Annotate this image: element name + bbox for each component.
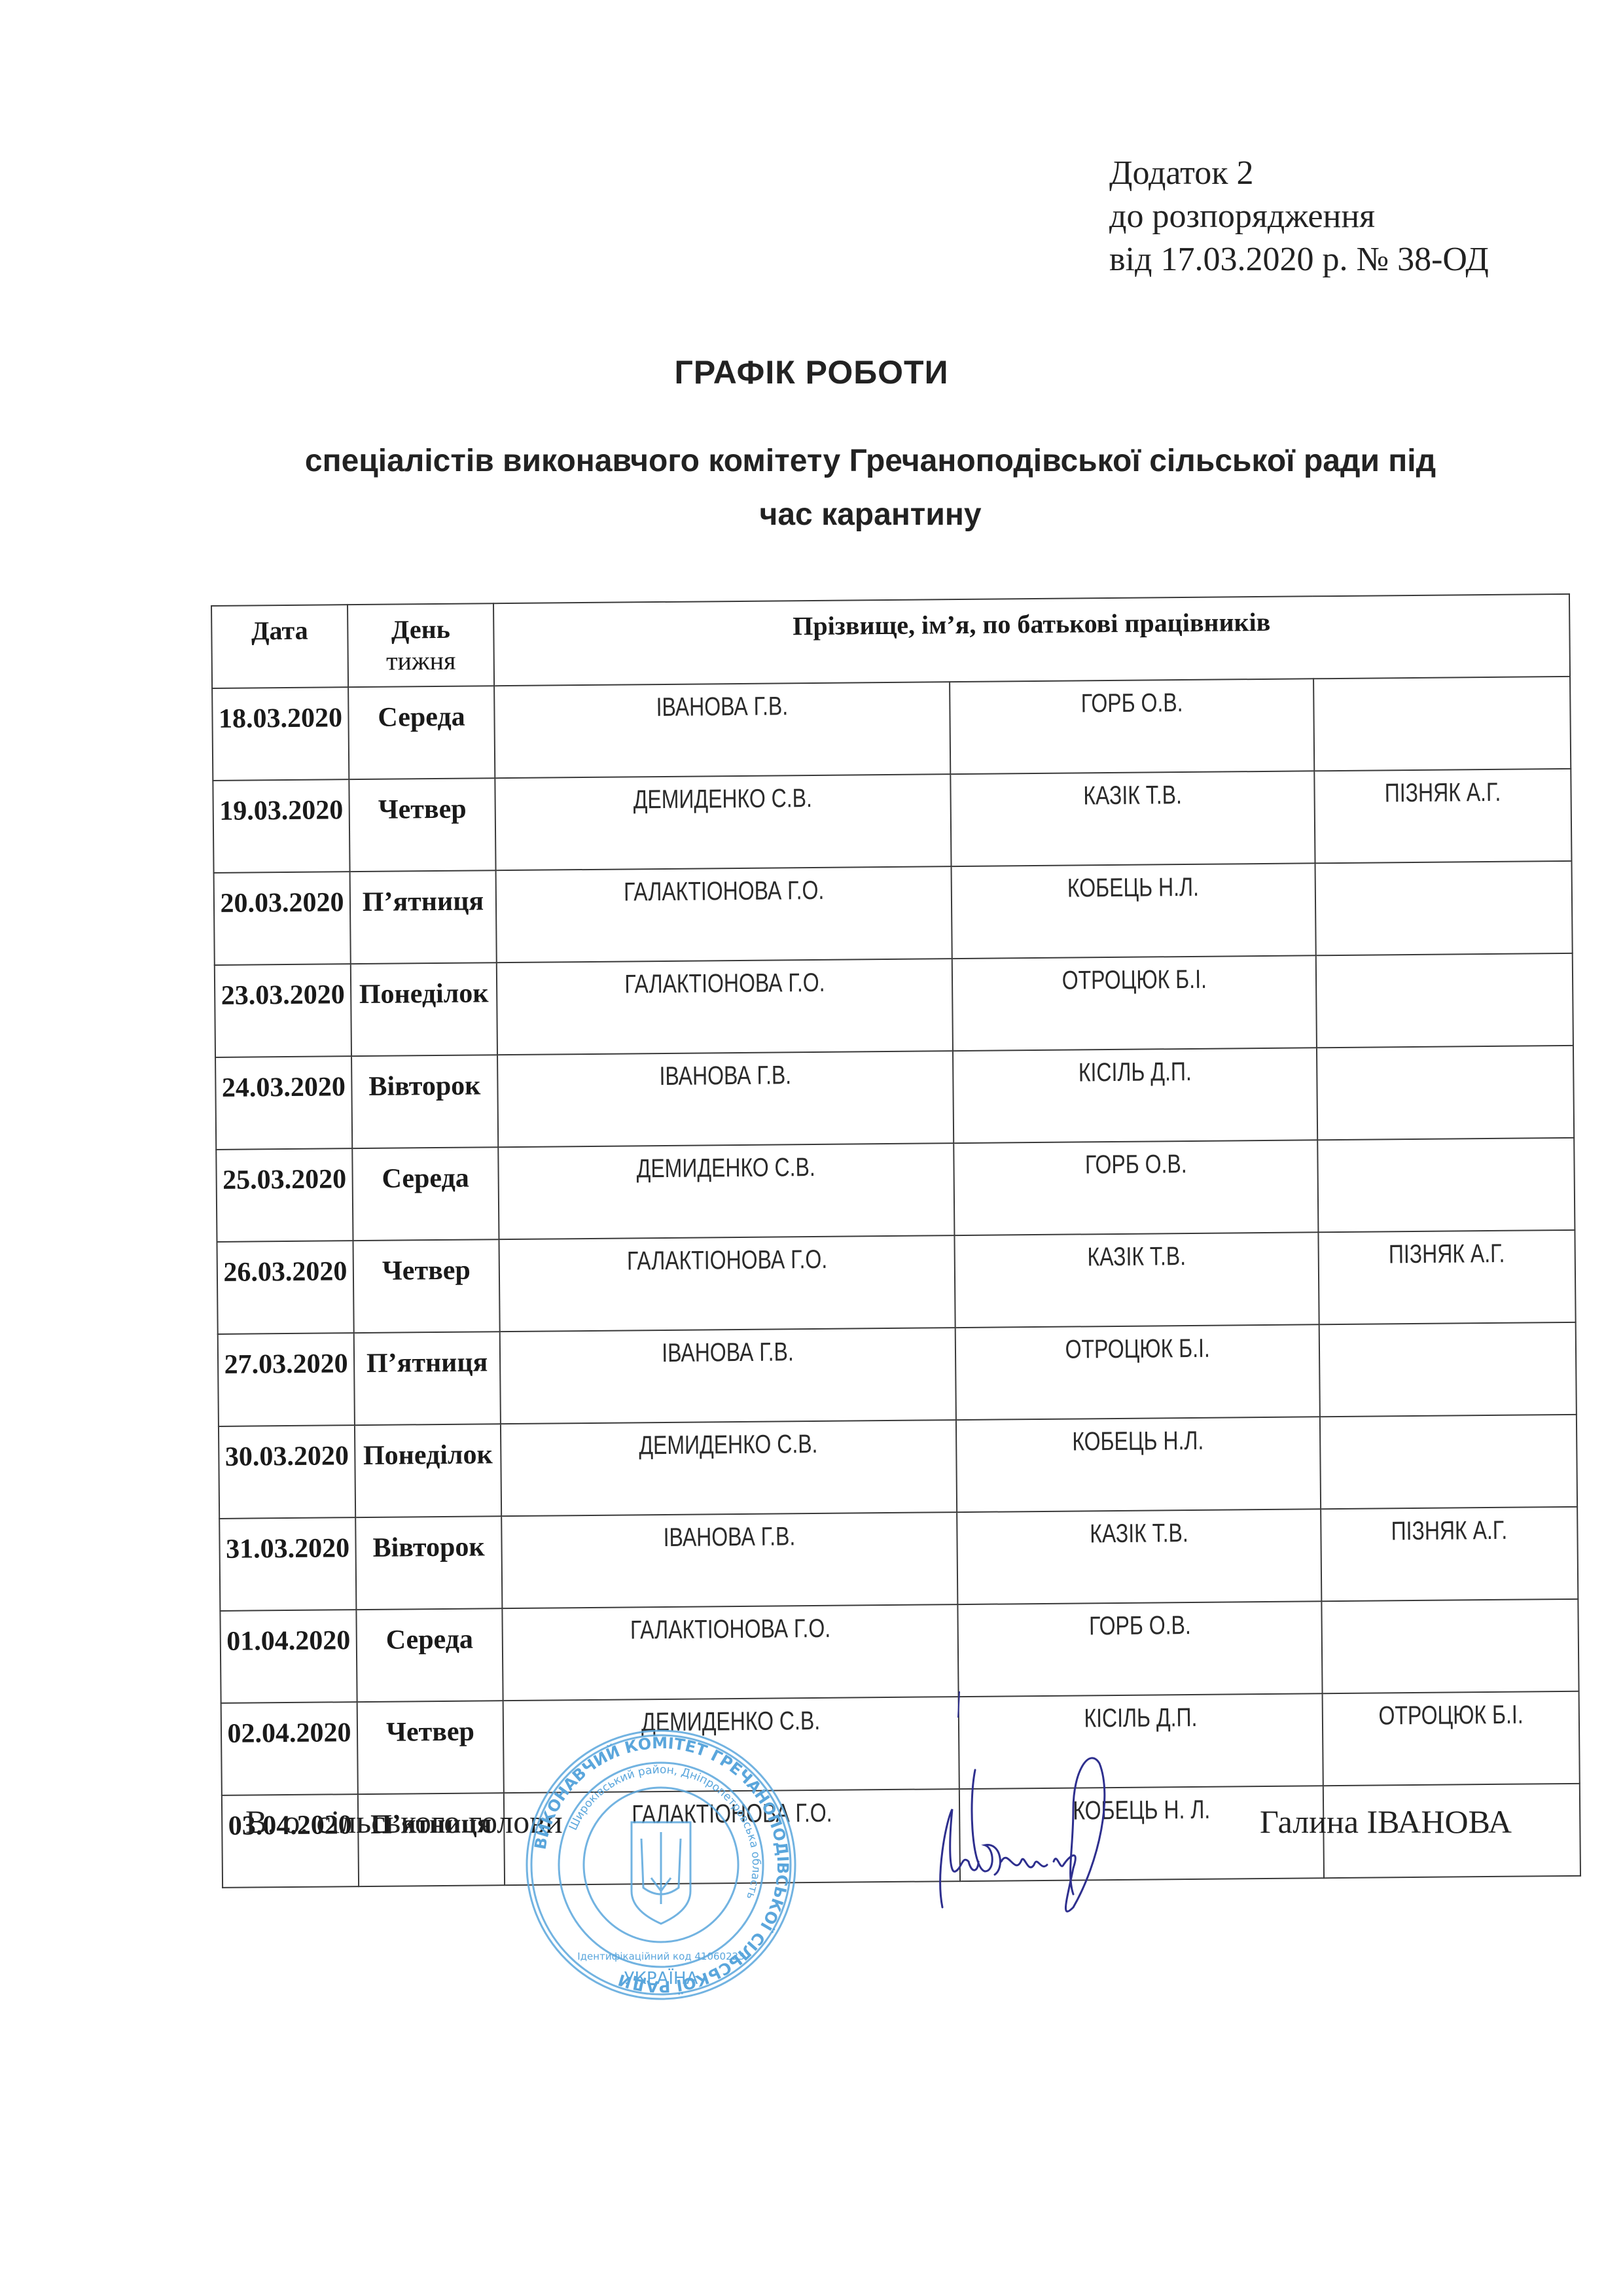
table-row: 30.03.2020ПонеділокДЕМИДЕНКО С.В.КОБЕЦЬ …	[219, 1415, 1577, 1519]
subtitle-line-1: спеціалістів виконавчого комітету Гречан…	[236, 434, 1505, 488]
cell-employee-1: ГАЛАКТІОНОВА Г.О.	[502, 1604, 958, 1701]
cell-employee-3: ПІЗНЯК А.Г.	[1318, 1230, 1575, 1324]
work-schedule-table: Дата День тижня Прізвище, ім’я, по батьк…	[211, 593, 1581, 1888]
cell-date: 30.03.2020	[219, 1425, 355, 1519]
employee-name: ОТРОЦЮК Б.І.	[1378, 1701, 1524, 1731]
cell-employee-1: ІВАНОВА Г.В.	[501, 1512, 957, 1608]
cell-employee-3	[1313, 677, 1571, 771]
subtitle-line-2: час карантину	[236, 488, 1505, 542]
cell-weekday: Четвер	[349, 778, 495, 872]
header-day: День тижня	[348, 603, 494, 687]
table-row: 31.03.2020ВівторокІВАНОВА Г.В.КАЗІК Т.В.…	[219, 1507, 1578, 1611]
cell-date: 26.03.2020	[217, 1241, 353, 1334]
cell-employee-2: КОБЕЦЬ Н.Л.	[952, 863, 1316, 959]
employee-name: ДЕМИДЕНКО С.В.	[639, 1430, 817, 1460]
cell-employee-1: ГАЛАКТІОНОВА Г.О.	[497, 959, 953, 1055]
cell-employee-3	[1321, 1599, 1578, 1693]
employee-name: КОБЕЦЬ Н.Л.	[1067, 873, 1199, 904]
official-stamp: ВИКОНАВЧИЙ КОМІТЕТ ГРЕЧАНОПОДІВСЬКОЇ СІЛ…	[524, 1727, 798, 2002]
appendix-reference: Додаток 2 до розпорядження від 17.03.202…	[1109, 152, 1489, 281]
employee-name: ГОРБ О.В.	[1084, 1150, 1186, 1180]
table-row: 26.03.2020ЧетверГАЛАКТІОНОВА Г.О.КАЗІК Т…	[217, 1230, 1575, 1334]
employee-name: ДЕМИДЕНКО С.В.	[633, 784, 812, 815]
employee-name: ІВАНОВА Г.В.	[663, 1522, 795, 1553]
employee-name: ГАЛАКТІОНОВА Г.О.	[630, 1614, 830, 1646]
cell-weekday: Четвер	[353, 1239, 499, 1333]
employee-name: ГАЛАКТІОНОВА Г.О.	[624, 876, 825, 908]
cell-employee-1: ДЕМИДЕНКО С.В.	[498, 1143, 954, 1239]
svg-text:УКРАЇНА: УКРАЇНА	[624, 1968, 698, 1988]
pen-mark	[957, 1691, 961, 1718]
document-subtitle: спеціалістів виконавчого комітету Гречан…	[236, 434, 1505, 542]
cell-date: 24.03.2020	[215, 1056, 352, 1150]
table-row: 25.03.2020СередаДЕМИДЕНКО С.В.ГОРБ О.В.	[216, 1138, 1575, 1242]
table-row: 23.03.2020ПонеділокГАЛАКТІОНОВА Г.О.ОТРО…	[215, 953, 1573, 1057]
cell-date: 01.04.2020	[220, 1610, 357, 1703]
employee-name: ПІЗНЯК А.Г.	[1385, 778, 1501, 809]
cell-weekday: Вівторок	[351, 1055, 498, 1148]
table-body: 18.03.2020СередаІВАНОВА Г.В.ГОРБ О.В.19.…	[212, 677, 1580, 1888]
cell-date: 02.04.2020	[221, 1702, 358, 1795]
cell-employee-2: ОТРОЦЮК Б.І.	[955, 1324, 1320, 1420]
employee-name: ПІЗНЯК А.Г.	[1391, 1516, 1507, 1547]
cell-date: 25.03.2020	[216, 1148, 353, 1242]
cell-employee-2: КІСІЛЬ Д.П.	[953, 1048, 1317, 1143]
employee-name: КІСІЛЬ Д.П.	[1084, 1703, 1197, 1734]
employee-name: КАЗІК Т.В.	[1090, 1519, 1188, 1549]
cell-employee-2: ГОРБ О.В.	[957, 1601, 1322, 1697]
employee-name: КІСІЛЬ Д.П.	[1079, 1057, 1192, 1088]
cell-employee-3	[1315, 861, 1573, 955]
cell-employee-1: ІВАНОВА Г.В.	[494, 682, 950, 778]
cell-employee-3	[1319, 1322, 1577, 1417]
cell-employee-1: ГАЛАКТІОНОВА Г.О.	[499, 1235, 955, 1332]
cell-employee-3	[1316, 953, 1573, 1048]
cell-employee-2: КАЗІК Т.В.	[954, 1232, 1319, 1328]
table-header-row: Дата День тижня Прізвище, ім’я, по батьк…	[211, 594, 1570, 688]
employee-name: ГАЛАКТІОНОВА Г.О.	[626, 1245, 827, 1277]
handwritten-signature	[923, 1744, 1158, 1914]
cell-weekday: Вівторок	[355, 1516, 502, 1610]
svg-text:Широківський район, Дніпропетр: Широківський район, Дніпропетровська обл…	[567, 1763, 762, 1901]
employee-name: ГОРБ О.В.	[1089, 1611, 1191, 1641]
employee-name: КАЗІК Т.В.	[1083, 781, 1182, 811]
cell-weekday: Понеділок	[351, 963, 497, 1056]
svg-text:Ідентифікаційний код 41060223: Ідентифікаційний код 41060223	[577, 1951, 744, 1962]
header-employees: Прізвище, ім’я, по батькові працівників	[493, 594, 1570, 686]
cell-date: 20.03.2020	[214, 872, 351, 965]
cell-weekday: Понеділок	[355, 1424, 501, 1517]
table-row: 18.03.2020СередаІВАНОВА Г.В.ГОРБ О.В.	[212, 677, 1571, 781]
cell-employee-1: ДЕМИДЕНКО С.В.	[501, 1420, 957, 1516]
table-row: 20.03.2020П’ятницяГАЛАКТІОНОВА Г.О.КОБЕЦ…	[214, 861, 1573, 965]
cell-employee-1: ІВАНОВА Г.В.	[497, 1051, 954, 1147]
cell-employee-1: ІВАНОВА Г.В.	[500, 1328, 956, 1424]
table-row: 19.03.2020ЧетверДЕМИДЕНКО С.В.КАЗІК Т.В.…	[213, 769, 1571, 873]
cell-date: 18.03.2020	[212, 687, 349, 781]
signoff-name: Галина ІВАНОВА	[1260, 1803, 1512, 1841]
employee-name: ІВАНОВА Г.В.	[662, 1337, 794, 1368]
cell-employee-3: ОТРОЦЮК Б.І.	[1323, 1691, 1580, 1786]
appendix-order-date: від 17.03.2020 р. № 38-ОД	[1109, 238, 1489, 281]
appendix-order-label: до розпорядження	[1109, 195, 1489, 238]
cell-employee-2: КАЗІК Т.В.	[957, 1509, 1321, 1604]
table-row: 02.04.2020ЧетверДЕМИДЕНКО С.В.КІСІЛЬ Д.П…	[221, 1691, 1580, 1795]
cell-date: 19.03.2020	[213, 779, 349, 873]
trident-icon	[641, 1832, 681, 1904]
cell-date: 23.03.2020	[215, 964, 351, 1057]
cell-employee-3	[1320, 1415, 1577, 1509]
document-title: ГРАФІК РОБОТИ	[0, 353, 1623, 391]
table-row: 27.03.2020П’ятницяІВАНОВА Г.В.ОТРОЦЮК Б.…	[218, 1322, 1577, 1426]
table-row: 24.03.2020ВівторокІВАНОВА Г.В.КІСІЛЬ Д.П…	[215, 1046, 1574, 1150]
cell-weekday: П’ятниця	[354, 1332, 501, 1425]
table-row: 01.04.2020СередаГАЛАКТІОНОВА Г.О.ГОРБ О.…	[220, 1599, 1578, 1703]
cell-weekday: П’ятниця	[350, 870, 497, 964]
employee-name: ГАЛАКТІОНОВА Г.О.	[624, 968, 825, 1000]
cell-weekday: Середа	[356, 1608, 503, 1702]
employee-name: ОТРОЦЮК Б.І.	[1061, 965, 1207, 996]
cell-date: 27.03.2020	[218, 1333, 355, 1426]
cell-employee-1: ГАЛАКТІОНОВА Г.О.	[496, 866, 952, 963]
header-day-line-1: День	[348, 613, 493, 646]
employee-name: КАЗІК Т.В.	[1087, 1242, 1186, 1272]
employee-name: КОБЕЦЬ Н.Л.	[1073, 1426, 1204, 1457]
appendix-number: Додаток 2	[1109, 152, 1489, 195]
cell-employee-2: КАЗІК Т.В.	[950, 771, 1315, 866]
cell-weekday: Середа	[352, 1147, 499, 1241]
cell-employee-1: ДЕМИДЕНКО С.В.	[495, 774, 951, 870]
employee-name: ГОРБ О.В.	[1080, 688, 1183, 718]
employee-name: ОТРОЦЮК Б.І.	[1065, 1334, 1210, 1365]
header-day-line-2: тижня	[349, 645, 493, 677]
cell-employee-2: ГОРБ О.В.	[950, 679, 1314, 774]
employee-name: ДЕМИДЕНКО С.В.	[637, 1153, 815, 1184]
employee-name: ПІЗНЯК А.Г.	[1389, 1239, 1505, 1270]
cell-employee-2: КОБЕЦЬ Н.Л.	[956, 1417, 1321, 1512]
cell-date: 31.03.2020	[219, 1517, 356, 1611]
employee-name: ІВАНОВА Г.В.	[656, 692, 788, 722]
cell-employee-3: ПІЗНЯК А.Г.	[1321, 1507, 1578, 1601]
cell-employee-3: ПІЗНЯК А.Г.	[1314, 769, 1571, 863]
employee-name: ІВАНОВА Г.В.	[659, 1061, 791, 1091]
header-date: Дата	[211, 605, 348, 688]
signoff-role: В. о. сільського голови	[245, 1803, 563, 1841]
cell-employee-2: ГОРБ О.В.	[954, 1140, 1318, 1235]
cell-weekday: Четвер	[357, 1701, 504, 1794]
cell-weekday: Середа	[348, 686, 495, 779]
cell-employee-3	[1317, 1138, 1575, 1232]
cell-employee-2: ОТРОЦЮК Б.І.	[952, 955, 1317, 1051]
cell-employee-3	[1317, 1046, 1574, 1140]
